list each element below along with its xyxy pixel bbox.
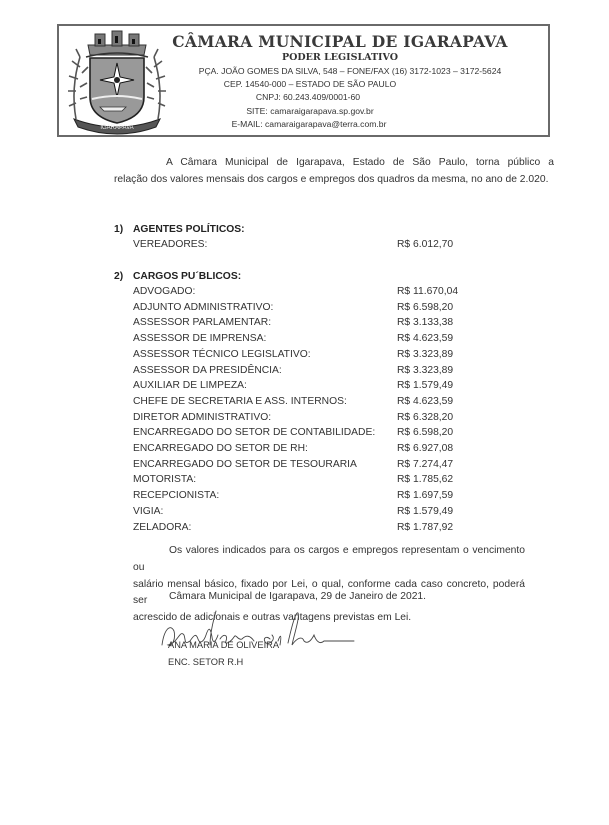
position-name: CHEFE DE SECRETARIA E ASS. INTERNOS:: [133, 396, 347, 407]
salary-value: R$ 1.579,49: [397, 380, 453, 391]
letterhead-text: CÂMARA MUNICIPAL DE IGARAPAVA PODER LEGI…: [175, 33, 545, 131]
section-title: AGENTES POLÍTICOS:: [133, 224, 245, 235]
position-name: ASSESSOR DE IMPRENSA:: [133, 333, 266, 344]
salary-row: AUXILIAR DE LIMPEZA:R$ 1.579,49: [133, 380, 473, 395]
institution-site: SITE: camaraigarapava.sp.gov.br: [75, 105, 545, 118]
salary-value: R$ 3.323,89: [397, 349, 453, 360]
salary-row: ADJUNTO ADMINISTRATIVO:R$ 6.598,20: [133, 302, 473, 317]
position-name: VIGIA:: [133, 506, 163, 517]
position-name: AUXILIAR DE LIMPEZA:: [133, 380, 247, 391]
salary-row: ASSESSOR TÉCNICO LEGISLATIVO:R$ 3.323,89: [133, 349, 473, 364]
institution-cnpj: CNPJ: 60.243.409/0001-60: [71, 91, 545, 104]
salary-value: R$ 1.787,92: [397, 522, 453, 533]
closing-line-1: Os valores indicados para os cargos e em…: [133, 543, 525, 577]
salary-value: R$ 6.598,20: [397, 427, 453, 438]
salary-row: ENCARREGADO DO SETOR DE RH:R$ 6.927,08: [133, 443, 473, 458]
salary-row: ASSESSOR DA PRESIDÊNCIA:R$ 3.323,89: [133, 365, 473, 380]
position-name: VEREADORES:: [133, 239, 207, 250]
intro-line-1: A Câmara Municipal de Igarapava, Estado …: [114, 154, 554, 171]
position-name: MOTORISTA:: [133, 474, 196, 485]
institution-name: CÂMARA MUNICIPAL DE IGARAPAVA: [135, 33, 545, 51]
salary-value: R$ 4.623,59: [397, 396, 453, 407]
salary-row: DIRETOR ADMINISTRATIVO:R$ 6.328,20: [133, 412, 473, 427]
salary-row: ASSESSOR PARLAMENTAR:R$ 3.133,38: [133, 317, 473, 332]
position-name: RECEPCIONISTA:: [133, 490, 219, 501]
position-name: ENCARREGADO DO SETOR DE CONTABILIDADE:: [133, 427, 375, 438]
institution-address: PÇA. JOÃO GOMES DA SILVA, 548 – FONE/FAX…: [155, 65, 545, 78]
position-name: DIRETOR ADMINISTRATIVO:: [133, 412, 271, 423]
signatory-name: ANA MARIA DE OLIVEIRA: [168, 640, 279, 650]
position-name: ENCARREGADO DO SETOR DE RH:: [133, 443, 308, 454]
signatory-role: ENC. SETOR R.H: [168, 657, 243, 667]
salary-value: R$ 3.323,89: [397, 365, 453, 376]
position-name: ASSESSOR DA PRESIDÊNCIA:: [133, 365, 282, 376]
salary-row: ENCARREGADO DO SETOR DE CONTABILIDADE:R$…: [133, 427, 473, 442]
salary-value: R$ 1.785,62: [397, 474, 453, 485]
intro-paragraph: A Câmara Municipal de Igarapava, Estado …: [114, 154, 554, 188]
institution-cep: CEP. 14540-000 – ESTADO DE SÃO PAULO: [75, 78, 545, 91]
salary-value: R$ 6.927,08: [397, 443, 453, 454]
institution-email: E-MAIL: camaraigarapava@terra.com.br: [73, 118, 545, 131]
salary-value: R$ 1.579,49: [397, 506, 453, 517]
salary-value: R$ 6.328,20: [397, 412, 453, 423]
salary-value: R$ 1.697,59: [397, 490, 453, 501]
salary-value: R$ 3.133,38: [397, 317, 453, 328]
salary-row: ASSESSOR DE IMPRENSA:R$ 4.623,59: [133, 333, 473, 348]
salary-row: ZELADORA:R$ 1.787,92: [133, 522, 473, 537]
salary-value: R$ 11.670,04: [397, 286, 458, 297]
position-name: ADVOGADO:: [133, 286, 195, 297]
salary-row: ADVOGADO:R$ 11.670,04: [133, 286, 473, 301]
section-title: CARGOS PU´BLICOS:: [133, 271, 241, 282]
position-name: ASSESSOR TÉCNICO LEGISLATIVO:: [133, 349, 311, 360]
place-and-date: Câmara Municipal de Igarapava, 29 de Jan…: [169, 591, 426, 602]
salary-row: CHEFE DE SECRETARIA E ASS. INTERNOS:R$ 4…: [133, 396, 473, 411]
salary-value: R$ 4.623,59: [397, 333, 453, 344]
salary-row: VIGIA:R$ 1.579,49: [133, 506, 473, 521]
section-number: 2): [114, 271, 123, 282]
salary-row: MOTORISTA:R$ 1.785,62: [133, 474, 473, 489]
document-page: IGARAPAVA CÂMARA MUNICIPAL DE IGARAPAVA …: [0, 0, 609, 825]
salary-row: VEREADORES:R$ 6.012,70: [133, 239, 473, 254]
salary-value: R$ 7.274,47: [397, 459, 453, 470]
position-name: ADJUNTO ADMINISTRATIVO:: [133, 302, 273, 313]
salary-row: ENCARREGADO DO SETOR DE TESOURARIAR$ 7.2…: [133, 459, 473, 474]
intro-line-2: relação dos valores mensais dos cargos e…: [114, 171, 554, 188]
institution-subtitle: PODER LEGISLATIVO: [135, 51, 545, 65]
section-number: 1): [114, 224, 123, 235]
position-name: ZELADORA:: [133, 522, 191, 533]
salary-value: R$ 6.598,20: [397, 302, 453, 313]
position-name: ASSESSOR PARLAMENTAR:: [133, 317, 271, 328]
salary-row: RECEPCIONISTA:R$ 1.697,59: [133, 490, 473, 505]
position-name: ENCARREGADO DO SETOR DE TESOURARIA: [133, 459, 357, 470]
salary-value: R$ 6.012,70: [397, 239, 453, 250]
